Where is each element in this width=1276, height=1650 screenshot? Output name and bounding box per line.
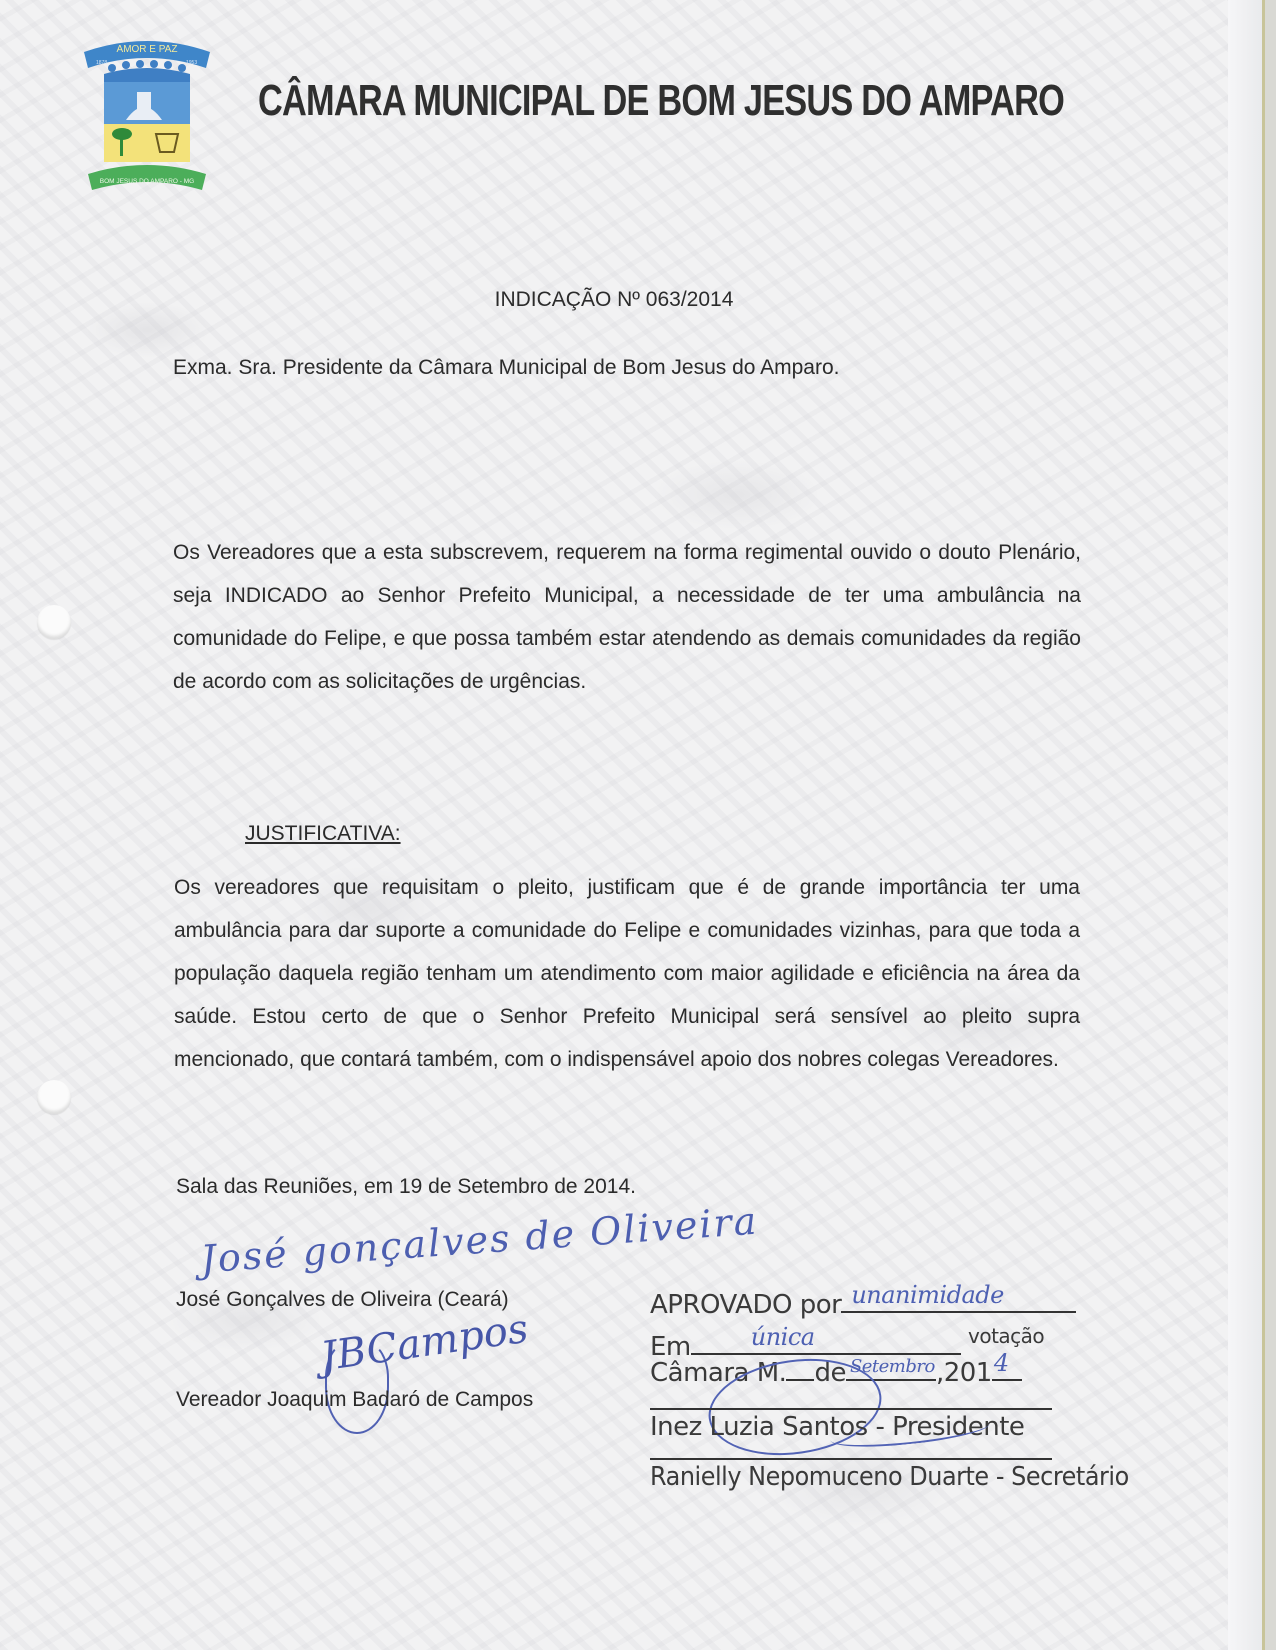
em-blank: única <box>691 1333 961 1355</box>
approval-stamp: APROVADO porunanimidade Emúnica votação … <box>650 1290 1070 1510</box>
institution-title: CÂMARA MUNICIPAL DE BOM JESUS DO AMPARO <box>258 76 1064 126</box>
punch-hole <box>37 1080 71 1114</box>
svg-text:AMOR E PAZ: AMOR E PAZ <box>117 44 178 55</box>
municipal-crest-icon: AMOR E PAZ 1878 1953 BOM JESUS DO AMPARO… <box>82 34 212 194</box>
approved-label: APROVADO por <box>650 1290 841 1320</box>
greeting: Exma. Sra. Presidente da Câmara Municipa… <box>173 346 839 389</box>
punch-hole <box>37 605 71 639</box>
secretary-name: Ranielly Nepomuceno Duarte - Secretário <box>650 1462 1129 1492</box>
approval-row: APROVADO porunanimidade <box>650 1290 1076 1320</box>
page-edge <box>1228 0 1265 1650</box>
year-suffix: 4 <box>994 1349 1009 1377</box>
year-blank: 4 <box>992 1359 1022 1381</box>
place-and-date: Sala das Reuniões, em 19 de Setembro de … <box>176 1165 636 1208</box>
em-value: única <box>751 1323 815 1351</box>
document-title: INDICAÇÃO Nº 063/2014 <box>0 278 1228 321</box>
signer-name: Vereador Joaquim Badaró de Campos <box>176 1378 533 1421</box>
document-page: AMOR E PAZ 1878 1953 BOM JESUS DO AMPARO… <box>0 0 1228 1650</box>
votacao-label: votação <box>968 1324 1044 1348</box>
request-paragraph: Os Vereadores que a esta subscrevem, req… <box>173 531 1081 703</box>
signature-handwritten: José gonçalves de Oliveira <box>199 1199 759 1282</box>
approved-blank: unanimidade <box>841 1291 1076 1313</box>
signature-line <box>650 1408 1052 1410</box>
svg-text:1953: 1953 <box>186 60 197 66</box>
year-prefix: ,201 <box>936 1358 992 1388</box>
justification-heading: JUSTIFICATIVA: <box>245 812 401 855</box>
signature-line <box>650 1458 1052 1460</box>
svg-text:1878: 1878 <box>96 60 107 66</box>
justification-paragraph: Os vereadores que requisitam o pleito, j… <box>174 866 1080 1081</box>
approved-value: unanimidade <box>851 1281 1004 1309</box>
svg-text:BOM JESUS DO AMPARO - MG: BOM JESUS DO AMPARO - MG <box>100 178 195 185</box>
